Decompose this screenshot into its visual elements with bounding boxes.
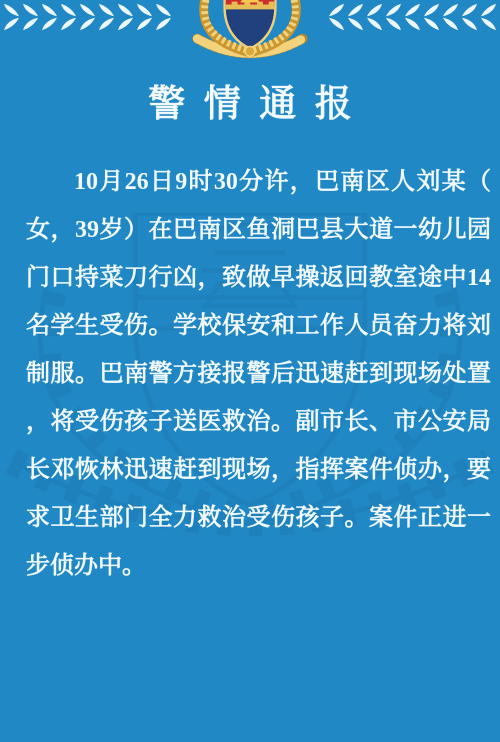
- notice-line: 门口持菜刀行凶，致做早操返回教室途中14: [26, 254, 491, 302]
- china-police-badge-icon: [191, 0, 309, 66]
- notice-line: 制服。巴南警方接报警后迅速赶到现场处置: [26, 350, 491, 398]
- notice-line: 名学生受伤。学校保安和工作人员奋力将刘: [26, 302, 491, 350]
- notice-title: 警情通报: [0, 82, 500, 128]
- notice-line: 女，39岁）在巴南区鱼洞巴县大道一幼儿园: [26, 206, 491, 254]
- leaf-chevrons-right-icon: [2, 3, 173, 31]
- notice-line: 求卫生部门全力救治受伤孩子。案件正进一: [26, 494, 491, 542]
- notice-body: 10月26日9时30分许，巴南区人刘某（ 女，39岁）在巴南区鱼洞巴县大道一幼儿…: [26, 158, 491, 590]
- police-notice-poster: 警情通报 10月26日9时30分许，巴南区人刘某（ 女，39岁）在巴南区鱼洞巴县…: [0, 0, 500, 742]
- notice-line: 长邓恢林迅速赶到现场，指挥案件侦办，要: [26, 446, 491, 494]
- leaf-chevrons-left-icon: [327, 3, 498, 31]
- notice-line: 步侦办中。: [26, 542, 491, 590]
- notice-line: ，将受伤孩子送医救治。副市长、市公安局: [26, 398, 491, 446]
- notice-line: 10月26日9时30分许，巴南区人刘某（: [26, 158, 491, 206]
